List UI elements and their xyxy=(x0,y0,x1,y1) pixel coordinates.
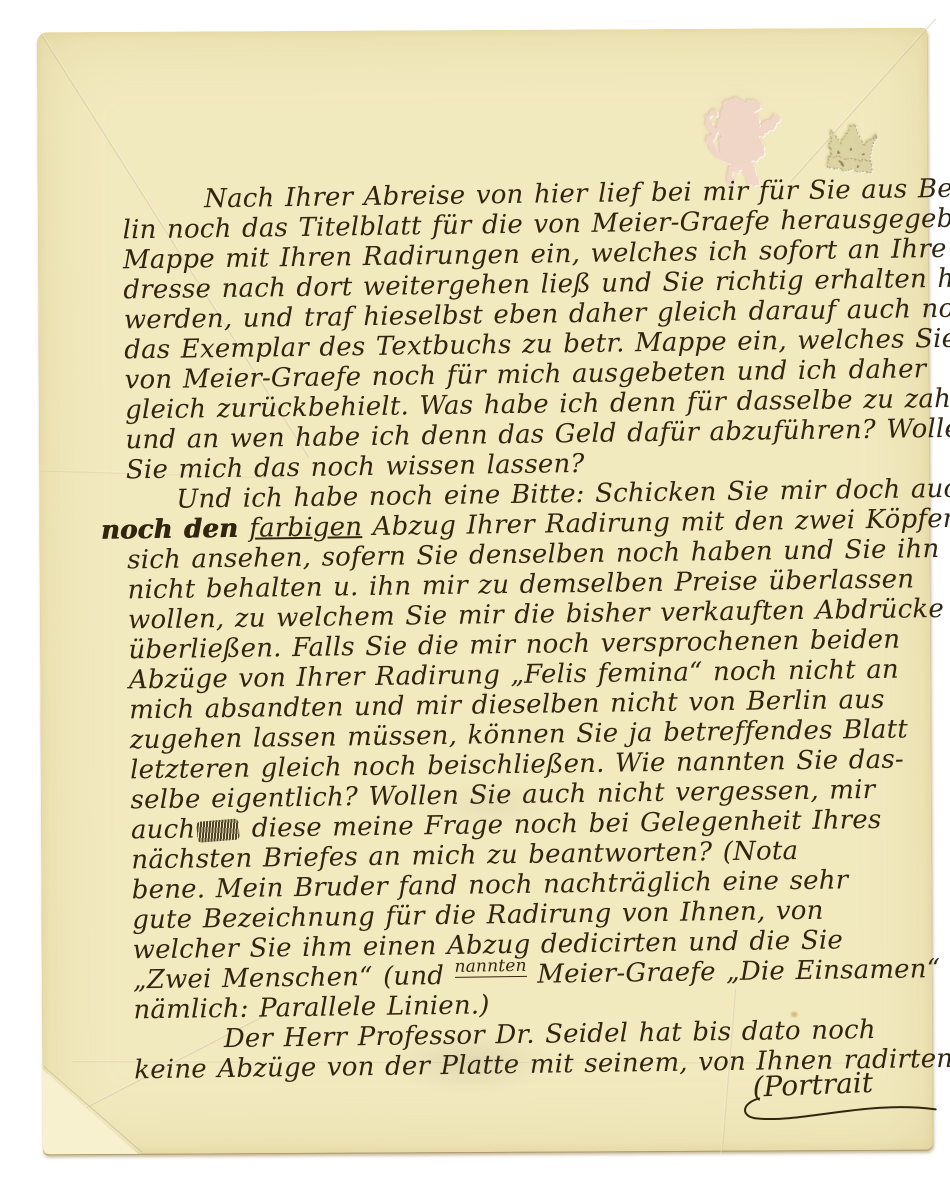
dog-ear-corner xyxy=(42,1068,138,1155)
line-text: auch xyxy=(131,814,196,845)
embossed-crown-stamp xyxy=(820,109,883,181)
letter-body: Nach Ihrer Abreise von hier lief bei mir… xyxy=(122,174,940,1085)
embossed-lion-stamp xyxy=(687,84,792,189)
line-text: „Zwei Menschen“ (und xyxy=(133,961,455,995)
catchword: (Portrait xyxy=(752,1066,874,1104)
underlined-word: farbigen xyxy=(249,512,362,544)
inserted-word: nannten xyxy=(454,956,527,978)
overwritten-words: noch den xyxy=(101,514,250,546)
struck-out-word xyxy=(197,818,241,842)
line-text: Meier-Graefe „Die Einsamen“ taufte, xyxy=(527,953,950,990)
letter-paper: Nach Ihrer Abreise von hier lief bei mir… xyxy=(37,28,933,1155)
catchword-flourish xyxy=(739,1087,950,1129)
